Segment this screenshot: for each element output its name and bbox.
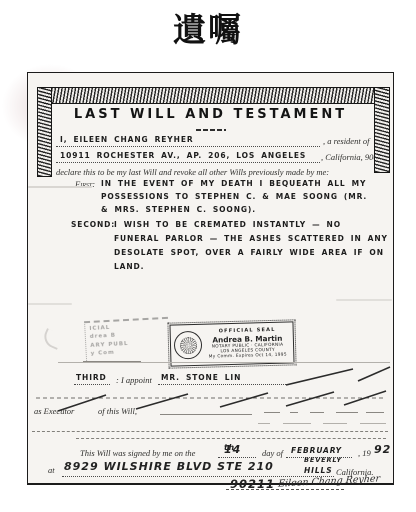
clause-second-line-4: LAND. [114,262,144,271]
signing-city-line1: BEVERLY [304,456,342,464]
scan-line [58,362,390,363]
clause-third-printed: : I appoint [116,375,152,385]
will-document: LAST WILL AND TESTAMENT I, EILEEN CHANG … [27,72,394,485]
clause-second-line-3: DESOLATE SPOT, OVER A FAIRLY WIDE AREA I… [114,248,384,257]
form-line [160,414,252,415]
signing-printed-year-prefix: , 19 [358,448,371,458]
executor-name: MR. STONE LIN [161,373,241,382]
address-underline [56,162,320,163]
notary-stamp-text: OFFICIAL SEAL Andrea B. Martin NOTARY PU… [205,327,291,361]
notary-seal-icon [174,331,203,360]
signing-month: FEBRUARY [291,446,342,455]
form-dash [310,412,324,413]
executor-line-suffix: of this Will, [98,406,137,416]
stamp-expiry: My Comm. Expires Oct 14, 1995 [205,353,290,361]
clause-first-line-3: & MRS. STEPHEN C. SOONG). [101,205,256,214]
signing-year: 92 [374,443,391,456]
scan-streak [336,299,392,301]
faint-mark [41,328,64,350]
signing-printed-lead: This Will was signed by me on the [80,448,195,458]
clause-third-label: THIRD [76,373,107,382]
decorative-border-right [374,87,390,173]
executor-name-underline [158,384,286,385]
declarant-name: I, EILEEN CHANG REYHER [60,135,194,144]
form-dash [366,412,384,413]
form-dash [283,423,311,424]
scan-streak [28,186,92,188]
form-dash [336,412,358,413]
signing-day-suffix: th [224,443,235,452]
faint-notary-stamp: ICIAL drea B ARY PUBL y Com [84,317,170,361]
form-dash [360,423,386,424]
decorative-border-top [37,87,388,104]
form-dash [323,423,347,424]
form-line [76,438,386,439]
document-title: LAST WILL AND TESTAMENT [28,107,393,122]
signing-printed-day-of: day of [262,448,283,458]
declarant-address: 10911 ROCHESTER AV., AP. 206, LOS ANGELE… [60,151,306,160]
form-dash [290,412,298,413]
day-underline [218,457,256,458]
executor-line-prefix: as Executor [34,406,74,416]
declaration-sentence: declare this to be my last Will and revo… [56,167,329,177]
signing-city-line2: HILLS [304,466,333,475]
clause-second-label: SECOND: [71,220,115,229]
declarant-printed-suffix: , a resident of [323,136,369,146]
clause-second-line-2: FUNERAL PARLOR — THE ASHES SCATTERED IN … [114,234,388,243]
page: 遺囑 LAST WILL AND TESTAMENT I, EILEEN CHA… [0,0,416,512]
clause-first-line-1: IN THE EVENT OF MY DEATH I BEQUEATH ALL … [101,179,366,188]
heading-divider [196,129,226,131]
scan-streak [28,303,72,305]
decorative-border-left [37,87,52,177]
clause-first-line-2: POSSESSIONS TO STEPHEN C. & MAE SOONG (M… [101,192,367,201]
form-dash [258,423,270,424]
signing-printed-at: at [48,465,55,475]
notary-stamp: OFFICIAL SEAL Andrea B. Martin NOTARY PU… [169,321,294,366]
page-title: 遺囑 [0,4,416,51]
signing-street: 8929 WILSHIRE BLVD STE 210 [64,460,274,473]
third-label-underline [74,384,110,385]
scan-line [83,361,141,362]
form-dash [264,412,280,413]
clause-second-line-1: I WISH TO BE CREMATED INSTANTLY — NO [114,220,341,229]
form-line [32,431,388,432]
declarant-underline [56,146,320,147]
